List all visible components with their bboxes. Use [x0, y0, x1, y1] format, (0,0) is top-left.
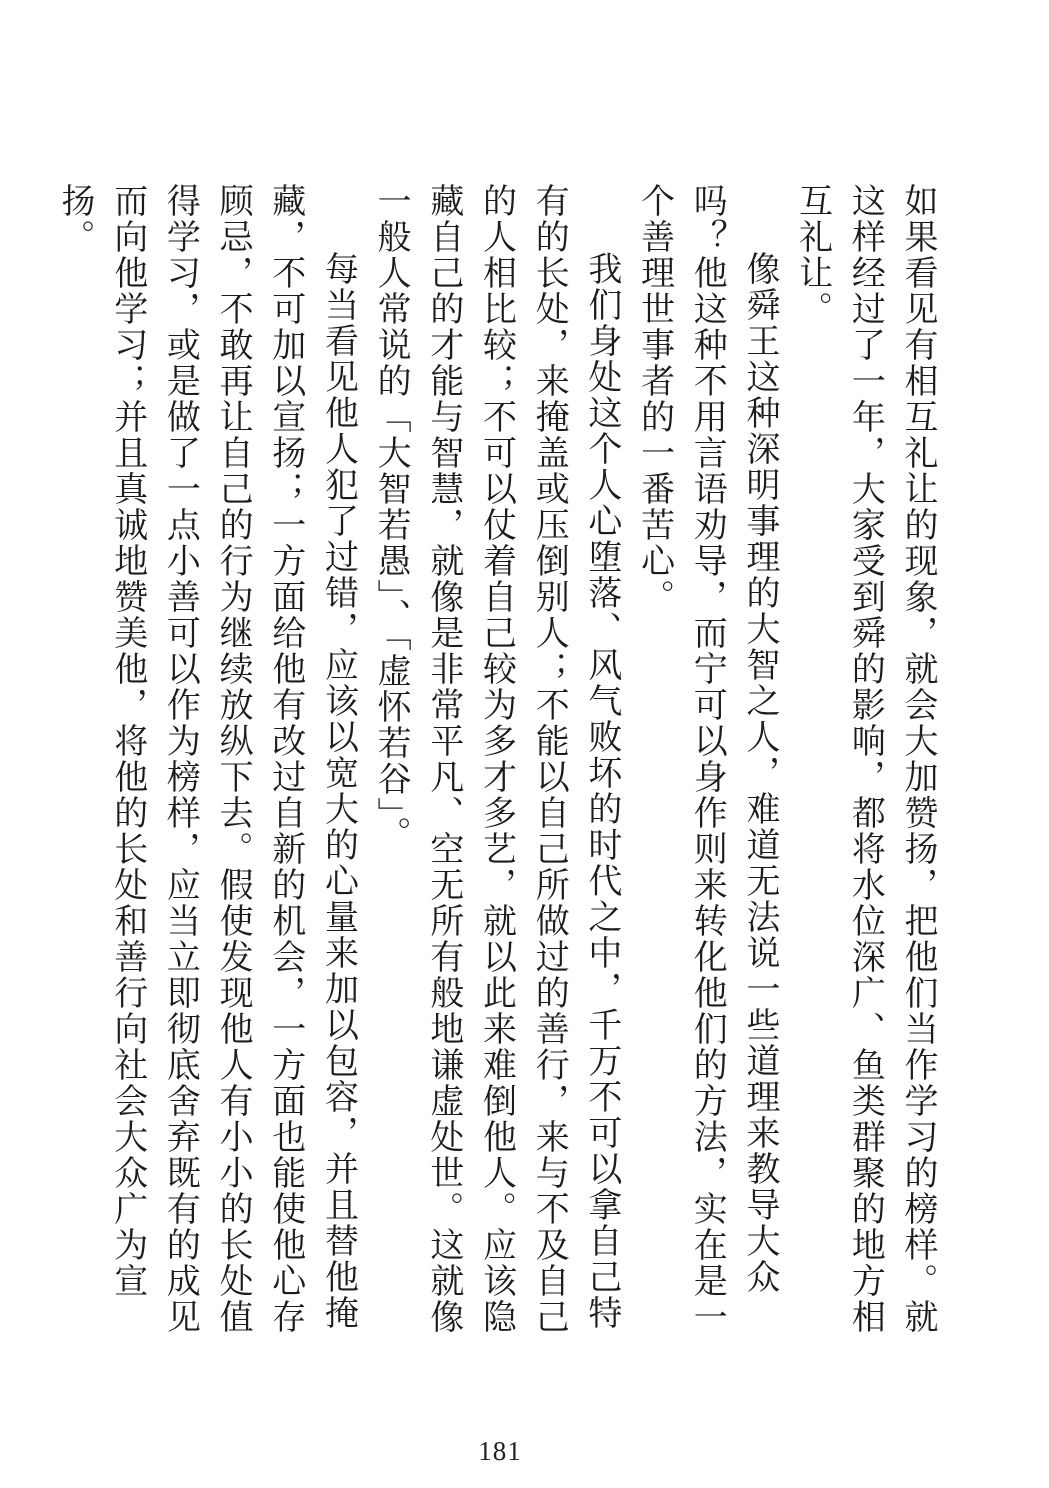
book-page: 如果看见有相互礼让的现象，就会大加赞扬，把他们当作学习的榜样。就这样经过了一年，… [0, 0, 1049, 1488]
paragraph-3: 我们身处这个人心堕落、风气败坏的时代之中，千万不可以拿自己特有的长处，来掩盖或压… [363, 183, 626, 1351]
vertical-text-block: 如果看见有相互礼让的现象，就会大加赞扬，把他们当作学习的榜样。就这样经过了一年，… [97, 183, 943, 1351]
paragraph-1: 如果看见有相互礼让的现象，就会大加赞扬，把他们当作学习的榜样。就这样经过了一年，… [785, 183, 943, 1351]
paragraph-4: 每当看见他人犯了过错，应该以宽大的心量来加以包容，并且替他掩藏，不可加以宣扬；一… [47, 183, 363, 1351]
paragraph-2: 像舜王这种深明事理的大智之人，难道无法说一些道理来教导大众吗？他这种不用言语劝导… [627, 183, 785, 1351]
page-number: 181 [0, 1438, 1000, 1465]
